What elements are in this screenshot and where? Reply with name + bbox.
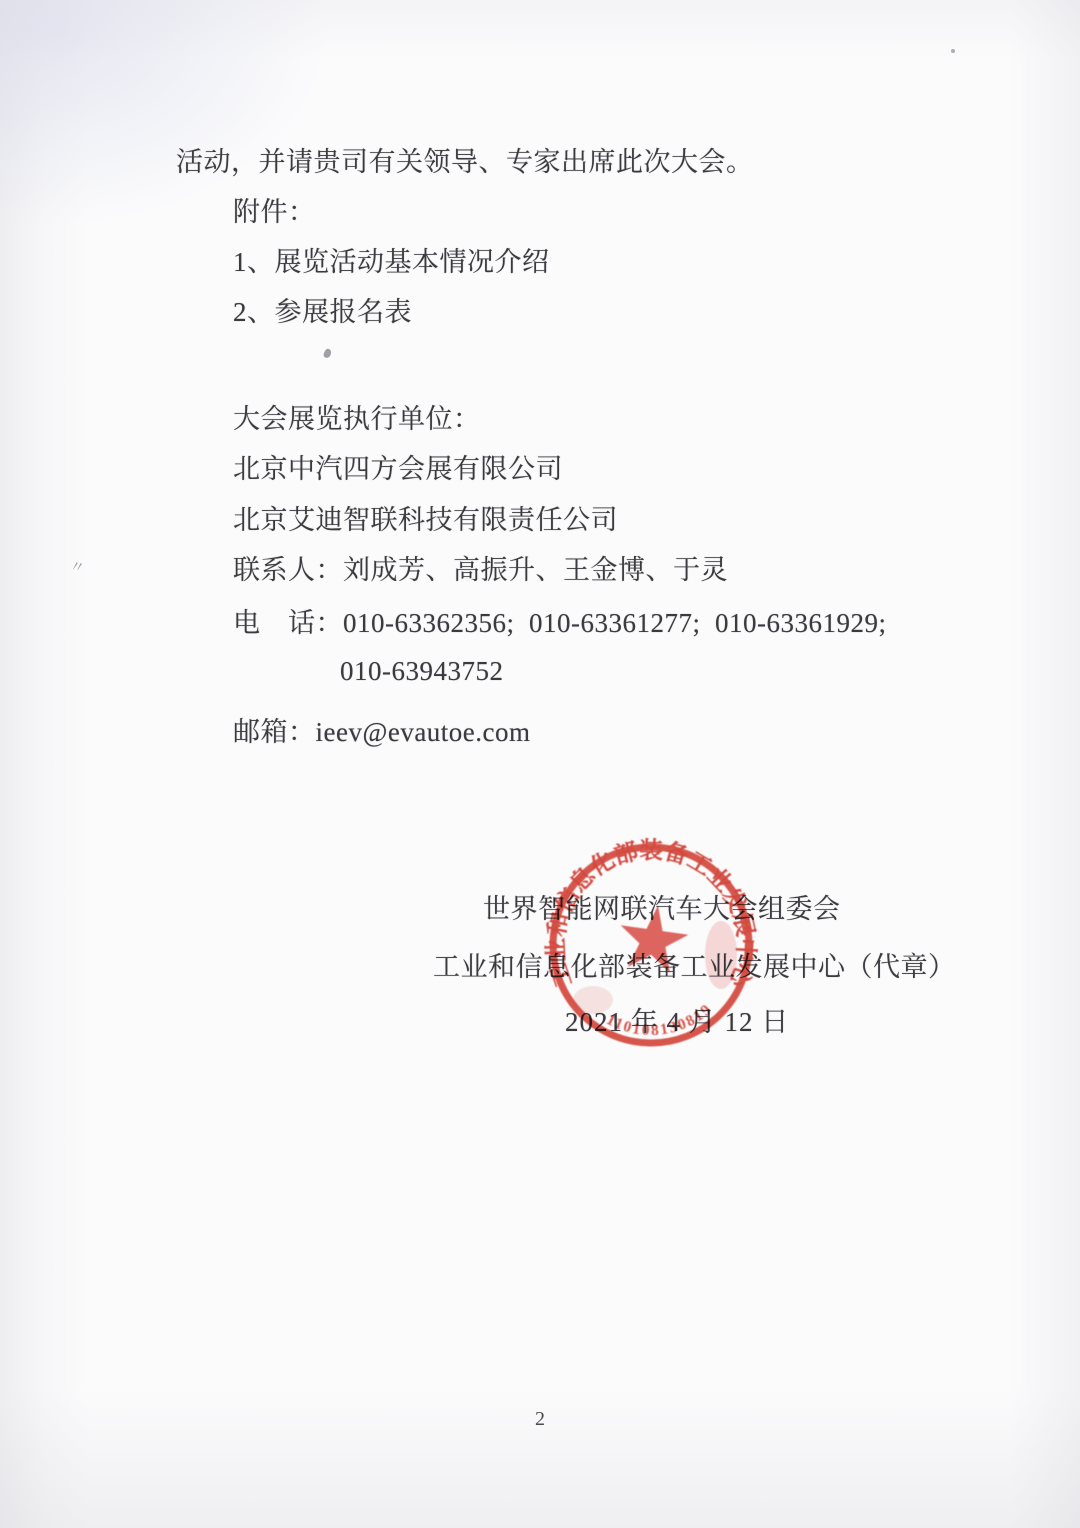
attachment-item-1: 1、展览活动基本情况介绍 bbox=[233, 240, 550, 279]
star-icon bbox=[615, 901, 692, 975]
official-seal-stamp: 工业和信息化部装备工业发展中心 110108130819 bbox=[541, 835, 761, 1055]
executor-heading: 大会展览执行单位： bbox=[233, 397, 481, 436]
executor-company-2: 北京艾迪智联科技有限责任公司 bbox=[233, 498, 618, 537]
executor-company-1: 北京中汽四方会展有限公司 bbox=[233, 447, 563, 486]
scan-artifact-speck: 〃 bbox=[68, 555, 86, 578]
scan-artifact-speck bbox=[951, 49, 955, 53]
ink-blotch bbox=[573, 986, 613, 1014]
scan-artifact-speck bbox=[323, 347, 332, 360]
phone-line-2: 010-63943752 bbox=[340, 656, 504, 687]
phone-line-1: 电 话：010-63362356; 010-63361277; 010-6336… bbox=[233, 601, 886, 640]
page-number: 2 bbox=[0, 1408, 1080, 1431]
attachment-item-2: 2、参展报名表 bbox=[233, 290, 412, 329]
scanned-letter-page: 活动，并请贵司有关领导、专家出席此次大会。 附件： 1、展览活动基本情况介绍 2… bbox=[0, 0, 1080, 1528]
email-line: 邮箱：ieev@evautoe.com bbox=[233, 710, 531, 749]
contacts-line: 联系人：刘成芳、高振升、王金博、于灵 bbox=[233, 548, 728, 587]
paragraph-intro: 活动，并请贵司有关领导、专家出席此次大会。 bbox=[176, 140, 754, 179]
attachments-label: 附件： bbox=[233, 190, 316, 229]
